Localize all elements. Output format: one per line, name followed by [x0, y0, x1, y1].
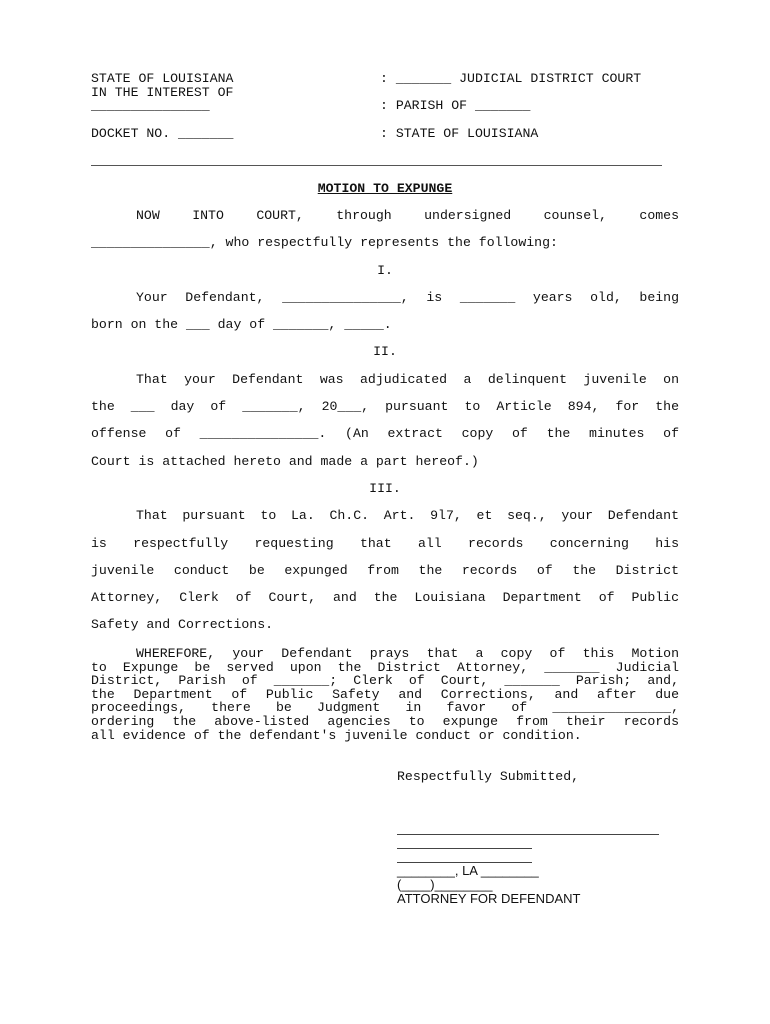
section-1-line: born on the ___ day of _______, _____.	[91, 318, 679, 345]
intro-line-2: _______________, who respectfully repres…	[91, 236, 679, 263]
wherefore-line: proceedings, there be Judgment in favor …	[91, 701, 679, 715]
section-3-line: Safety and Corrections.	[91, 618, 679, 645]
section-2-line: offense of _______________. (An extract …	[91, 427, 679, 454]
caption-divider	[91, 165, 662, 166]
section-numeral-1: I.	[91, 264, 679, 291]
wherefore-line: ordering the above-listed agencies to ex…	[91, 715, 679, 729]
city-state-zip-line: ________, LA ________	[397, 864, 539, 878]
section-numeral-3: III.	[91, 482, 679, 509]
section-1-line: Your Defendant, _______________, is ____…	[91, 291, 679, 318]
wherefore-line: all evidence of the defendant's juvenile…	[91, 729, 679, 743]
caption-docket-number: DOCKET NO. _______	[91, 127, 233, 141]
section-3-line: Attorney, Clerk of Court, and the Louisi…	[91, 591, 679, 618]
wherefore-line: WHEREFORE, your Defendant prays that a c…	[91, 647, 679, 661]
wherefore-paragraph: WHEREFORE, your Defendant prays that a c…	[91, 647, 679, 742]
caption-state: STATE OF LOUISIANA	[91, 72, 233, 86]
section-3-line: is respectfully requesting that all reco…	[91, 537, 679, 564]
attorney-for-defendant-label: ATTORNEY FOR DEFENDANT	[397, 892, 580, 906]
attorney-name-line	[397, 848, 532, 849]
section-3-line: That pursuant to La. Ch.C. Art. 9l7, et …	[91, 509, 679, 536]
section-2-line: Court is attached hereto and made a part…	[91, 455, 679, 482]
section-2-line: the ___ day of _______, 20___, pursuant …	[91, 400, 679, 427]
document-title: MOTION TO EXPUNGE	[0, 182, 770, 196]
phone-line: (____)________	[397, 878, 492, 892]
section-3-line: juvenile conduct be expunged from the re…	[91, 564, 679, 591]
section-2-line: That your Defendant was adjudicated a de…	[91, 373, 679, 400]
wherefore-line: to Expunge be served upon the District A…	[91, 661, 679, 675]
intro-line-1: NOW INTO COURT, through undersigned coun…	[91, 209, 679, 236]
wherefore-line: District, Parish of _______; Clerk of Co…	[91, 674, 679, 688]
caption-juvenile-name-blank: _______________	[91, 99, 210, 113]
signature-line	[397, 834, 659, 835]
document-body: NOW INTO COURT, through undersigned coun…	[91, 209, 679, 646]
wherefore-line: the Department of Public Safety and Corr…	[91, 688, 679, 702]
caption-state-of-louisiana: : STATE OF LOUISIANA	[380, 127, 538, 141]
caption-court: : _______ JUDICIAL DISTRICT COURT	[380, 72, 641, 86]
caption-parish: : PARISH OF _______	[380, 99, 530, 113]
closing-respectfully-submitted: Respectfully Submitted,	[397, 770, 579, 784]
section-numeral-2: II.	[91, 345, 679, 372]
